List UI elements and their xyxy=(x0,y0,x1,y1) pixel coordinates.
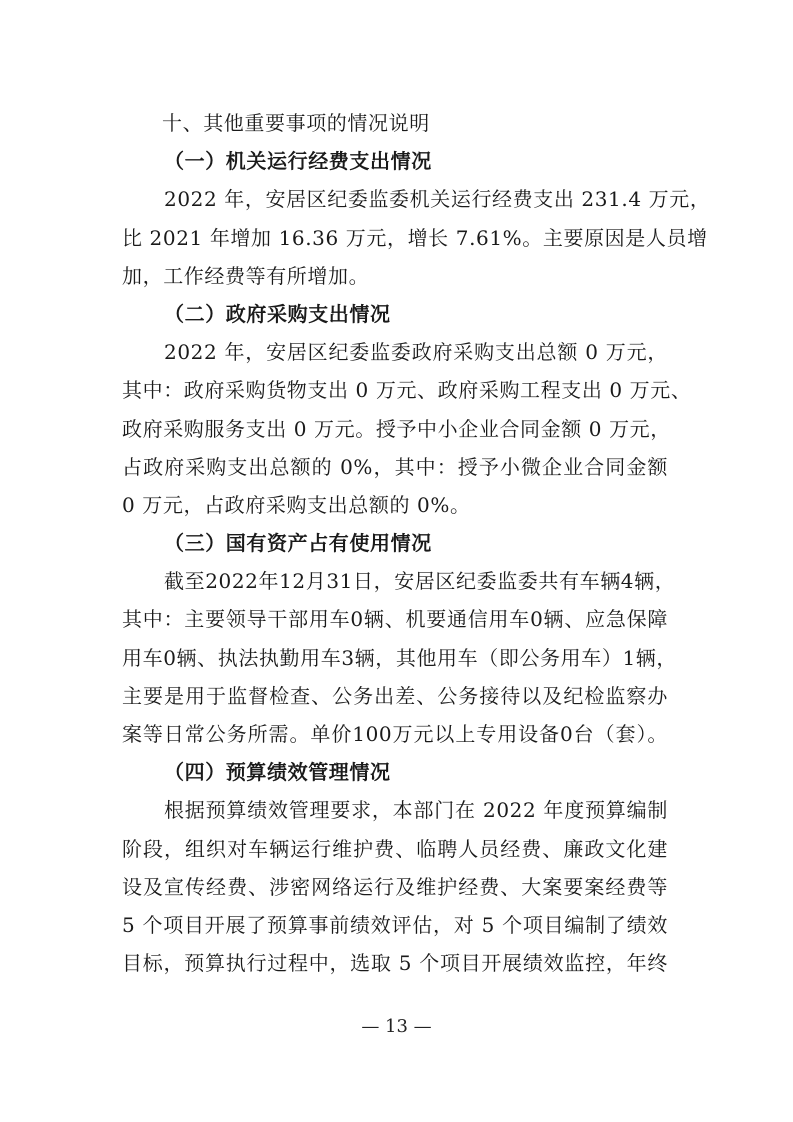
paragraph-line: 阶段，组织对车辆运行维护费、临聘人员经费、廉政文化建 xyxy=(122,830,668,868)
paragraph-line: 根据预算绩效管理要求，本部门在 2022 年度预算编制 xyxy=(122,791,668,829)
paragraph-line: 设及宣传经费、涉密网络运行及维护经费、大案要案经费等 xyxy=(122,868,668,906)
paragraph-line: 案等日常公务所需。单价100万元以上专用设备0台（套）。 xyxy=(122,715,668,753)
paragraph-line: 2022 年，安居区纪委监委政府采购支出总额 0 万元， xyxy=(122,333,668,371)
document-page: 十、其他重要事项的情况说明 （一）机关运行经费支出情况 2022 年，安居区纪委… xyxy=(122,104,668,982)
paragraph-line: 主要是用于监督检查、公务出差、公务接待以及纪检监察办 xyxy=(122,677,668,715)
paragraph-line: 加，工作经费等有所增加。 xyxy=(122,257,668,295)
paragraph-line: 其中：主要领导干部用车0辆、机要通信用车0辆、应急保障 xyxy=(122,600,668,638)
subsection-heading-3: （三）国有资产占有使用情况 xyxy=(122,524,668,562)
subsection-heading-2: （二）政府采购支出情况 xyxy=(122,295,668,333)
paragraph-line: 0 万元，占政府采购支出总额的 0%。 xyxy=(122,486,668,524)
paragraph-line: 其中：政府采购货物支出 0 万元、政府采购工程支出 0 万元、 xyxy=(122,371,668,409)
paragraph-line: 用车0辆、执法执勤用车3辆，其他用车（即公务用车）1辆， xyxy=(122,639,668,677)
section-title: 十、其他重要事项的情况说明 xyxy=(122,104,668,142)
paragraph-line: 截至2022年12月31日，安居区纪委监委共有车辆4辆， xyxy=(122,562,668,600)
subsection-heading-1: （一）机关运行经费支出情况 xyxy=(122,142,668,180)
paragraph-line: 2022 年，安居区纪委监委机关运行经费支出 231.4 万元， xyxy=(122,180,668,218)
subsection-heading-4: （四）预算绩效管理情况 xyxy=(122,753,668,791)
paragraph-line: 目标，预算执行过程中，选取 5 个项目开展绩效监控，年终 xyxy=(122,944,668,982)
paragraph-line: 比 2021 年增加 16.36 万元，增长 7.61%。主要原因是人员增 xyxy=(122,219,668,257)
paragraph-line: 政府采购服务支出 0 万元。授予中小企业合同金额 0 万元， xyxy=(122,410,668,448)
paragraph-line: 5 个项目开展了预算事前绩效评估，对 5 个项目编制了绩效 xyxy=(122,906,668,944)
page-number: — 13 — xyxy=(0,1016,793,1037)
paragraph-line: 占政府采购支出总额的 0%，其中：授予小微企业合同金额 xyxy=(122,448,668,486)
